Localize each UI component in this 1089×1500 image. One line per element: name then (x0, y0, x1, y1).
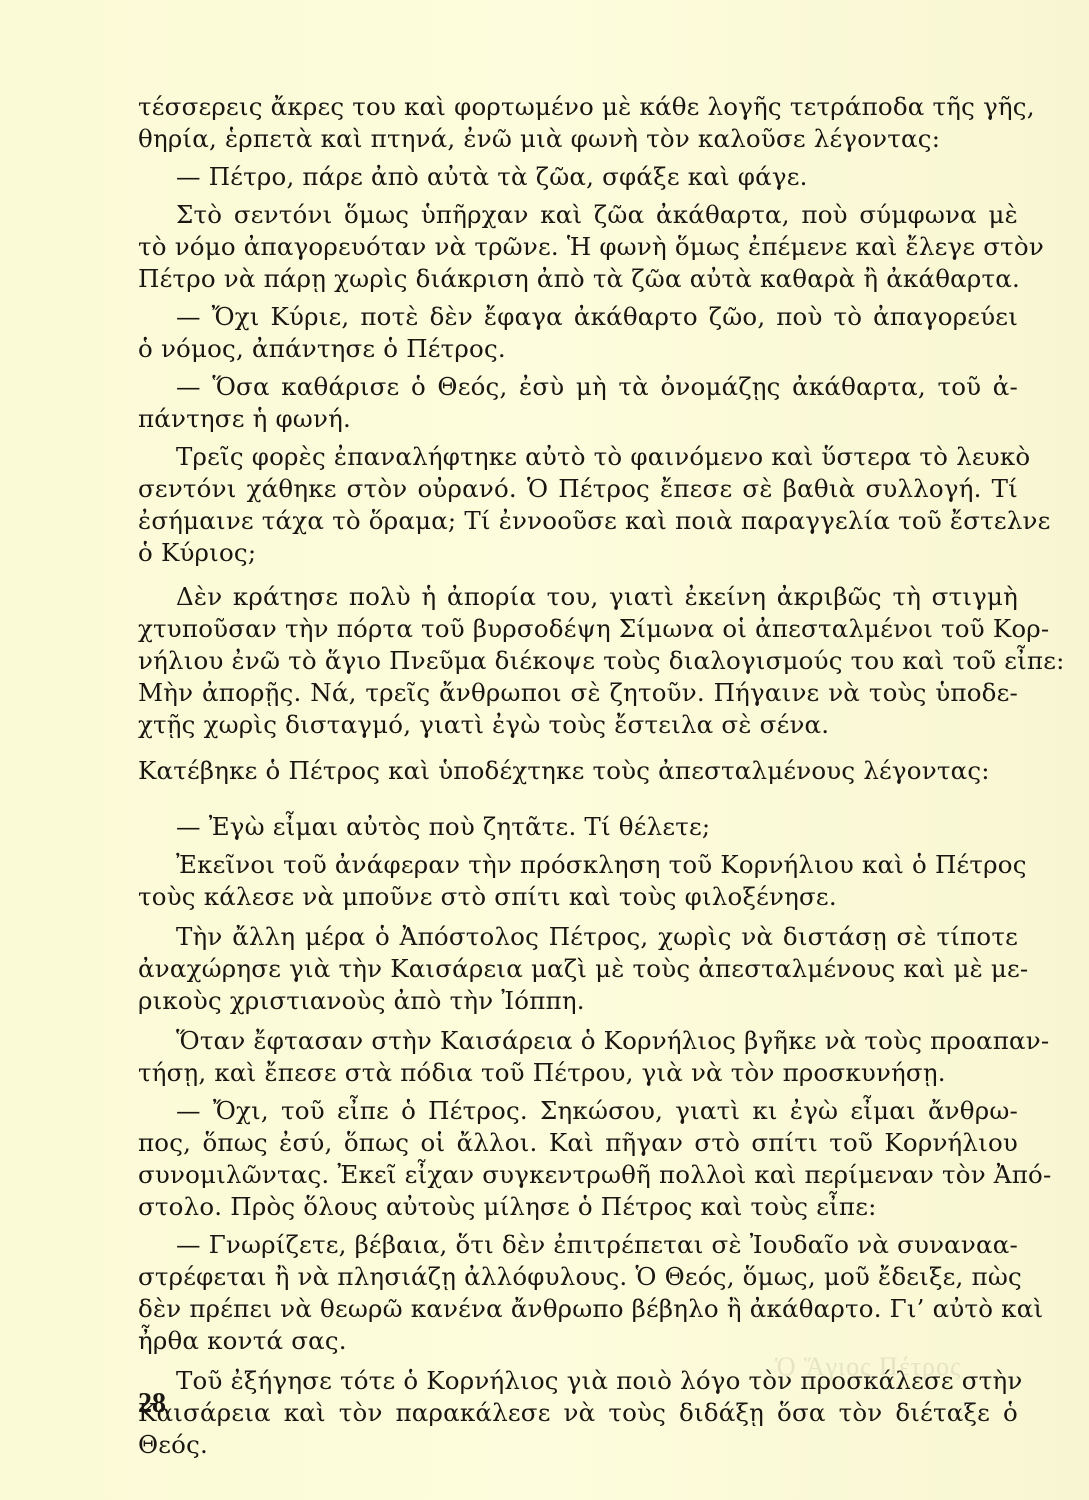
text-line: — Ὄχι Κύριε, ποτὲ δὲν ἔφαγα ἀκάθαρτο ζῶο… (176, 302, 1018, 332)
text-line: Τὴν ἄλλη μέρα ὁ Ἀπόστολος Πέτρος, χωρὶς … (176, 922, 1018, 952)
text-line: Ὅταν ἔφτασαν στὴν Καισάρεια ὁ Κορνήλιος … (176, 1026, 1018, 1056)
page-number: 28 (138, 1388, 166, 1420)
text-line: τήσῃ, καὶ ἔπεσε στὰ πόδια τοῦ Πέτρου, γι… (138, 1058, 946, 1088)
text-line: Θεός. (138, 1430, 208, 1460)
text-line: Καισάρεια καὶ τὸν παρακάλεσε νὰ τοὺς διδ… (138, 1398, 1018, 1428)
text-line: ὁ Κύριος; (138, 538, 256, 568)
text-line: πος, ὅπως ἐσύ, ὅπως οἱ ἄλλοι. Καὶ πῆγαν … (138, 1128, 1018, 1158)
text-line: χτυποῦσαν τὴν πόρτα τοῦ βυρσοδέψη Σίμωνα… (138, 614, 1018, 644)
text-line: τέσσερεις ἄκρες του καὶ φορτωμένο μὲ κάθ… (138, 92, 1018, 122)
text-line: νήλιου ἐνῶ τὸ ἅγιο Πνεῦμα διέκοψε τοὺς δ… (138, 646, 1018, 676)
text-line: πάντησε ἡ φωνή. (138, 404, 351, 434)
text-line: Ἐκεῖνοι τοῦ ἀνάφεραν τὴν πρόσκληση τοῦ Κ… (176, 850, 1018, 880)
text-line: χτῇς χωρὶς δισταγμό, γιατὶ ἐγὼ τοὺς ἔστε… (138, 710, 829, 740)
text-line: Τρεῖς φορὲς ἐπαναλήφτηκε αὐτὸ τὸ φαινόμε… (176, 442, 1018, 472)
text-line: — Γνωρίζετε, βέβαια, ὅτι δὲν ἐπιτρέπεται… (176, 1230, 1018, 1260)
text-line: Δὲν κράτησε πολὺ ἡ ἀπορία του, γιατὶ ἐκε… (176, 582, 1018, 612)
text-line: Μὴν ἀπορῇς. Νά, τρεῖς ἄνθρωποι σὲ ζητοῦν… (138, 678, 1018, 708)
text-line: — Ἐγὼ εἶμαι αὐτὸς ποὺ ζητᾶτε. Τί θέλετε; (176, 812, 710, 842)
text-line: — Πέτρο, πάρε ἀπὸ αὐτὰ τὰ ζῶα, σφάξε καὶ… (176, 162, 808, 192)
text-line: Κατέβηκε ὁ Πέτρος καὶ ὑποδέχτηκε τοὺς ἀπ… (138, 756, 990, 786)
text-line: ρικοὺς χριστιανοὺς ἀπὸ τὴν Ἰόππη. (138, 986, 585, 1016)
text-line: ὁ νόμος, ἀπάντησε ὁ Πέτρος. (138, 334, 506, 364)
text-line: — Ὅσα καθάρισε ὁ Θεός, ἐσὺ μὴ τὰ ὀνομάζῃ… (176, 372, 1018, 402)
text-line: ἐσήμαινε τάχα τὸ ὅραμα; Τί ἐννοοῦσε καὶ … (138, 506, 1018, 536)
text-line: — Ὄχι, τοῦ εἶπε ὁ Πέτρος. Σηκώσου, γιατὶ… (176, 1096, 1018, 1126)
text-line: ἦρθα κοντά σας. (138, 1326, 347, 1356)
text-line: Πέτρο νὰ πάρῃ χωρὶς διάκριση ἀπὸ τὰ ζῶα … (138, 264, 1018, 294)
book-page: Ὁ Ἅγιος Πέτρος τέσσερεις ἄκρες του καὶ φ… (0, 0, 1089, 1500)
text-line: θηρία, ἑρπετὰ καὶ πτηνά, ἐνῶ μιὰ φωνὴ τὸ… (138, 124, 940, 154)
text-line: τὸ νόμο ἀπαγορευόταν νὰ τρῶνε. Ἡ φωνὴ ὅμ… (138, 232, 1018, 262)
text-line: Στὸ σεντόνι ὅμως ὑπῆρχαν καὶ ζῶα ἀκάθαρτ… (176, 200, 1018, 230)
text-line: στολο. Πρὸς ὅλους αὐτοὺς μίλησε ὁ Πέτρος… (138, 1192, 877, 1222)
text-line: τοὺς κάλεσε νὰ μποῦνε στὸ σπίτι καὶ τοὺς… (138, 882, 837, 912)
text-line: στρέφεται ἢ νὰ πλησιάζῃ ἀλλόφυλους. Ὁ Θε… (138, 1262, 1018, 1292)
text-line: σεντόνι χάθηκε στὸν οὐρανό. Ὁ Πέτρος ἔπε… (138, 474, 1018, 504)
text-line: συνομιλῶντας. Ἐκεῖ εἶχαν συγκεντρωθῆ πολ… (138, 1160, 1018, 1190)
text-line: δὲν πρέπει νὰ θεωρῶ κανένα ἄνθρωπο βέβηλ… (138, 1294, 1018, 1324)
text-line: ἀναχώρησε γιὰ τὴν Καισάρεια μαζὶ μὲ τοὺς… (138, 954, 1018, 984)
text-line: Τοῦ ἐξήγησε τότε ὁ Κορνήλιος γιὰ ποιὸ λό… (176, 1366, 1018, 1396)
